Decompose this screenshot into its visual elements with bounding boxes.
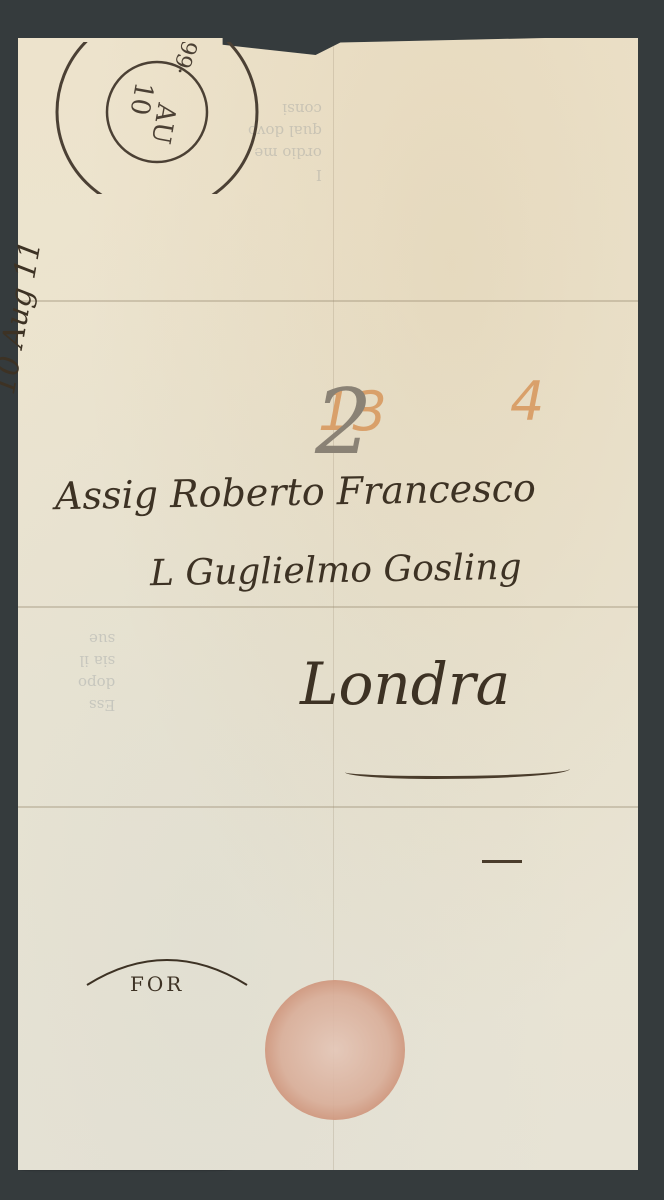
rate-mark: 4: [510, 370, 544, 433]
fold-line: [18, 606, 638, 608]
address-line-1: Assig Roberto Francesco: [55, 466, 536, 518]
bleed-through-text: Ess dopo sia il sue: [78, 628, 115, 716]
rate-mark: 2: [315, 370, 372, 475]
svg-text:·99·: ·99·: [166, 42, 204, 78]
for-handstamp: FOR: [82, 945, 252, 1005]
fold-line: [18, 300, 638, 302]
svg-text:10: 10: [123, 80, 158, 118]
wax-seal: [265, 980, 405, 1120]
dash-mark: [482, 860, 522, 863]
address-city: Londra: [300, 650, 510, 718]
foreign-office-postmark: AU 10 ·99·: [52, 42, 262, 194]
svg-text:FOR: FOR: [130, 972, 184, 996]
fold-line: [18, 806, 638, 808]
address-line-2: L Guglielmo Gosling: [150, 547, 522, 594]
